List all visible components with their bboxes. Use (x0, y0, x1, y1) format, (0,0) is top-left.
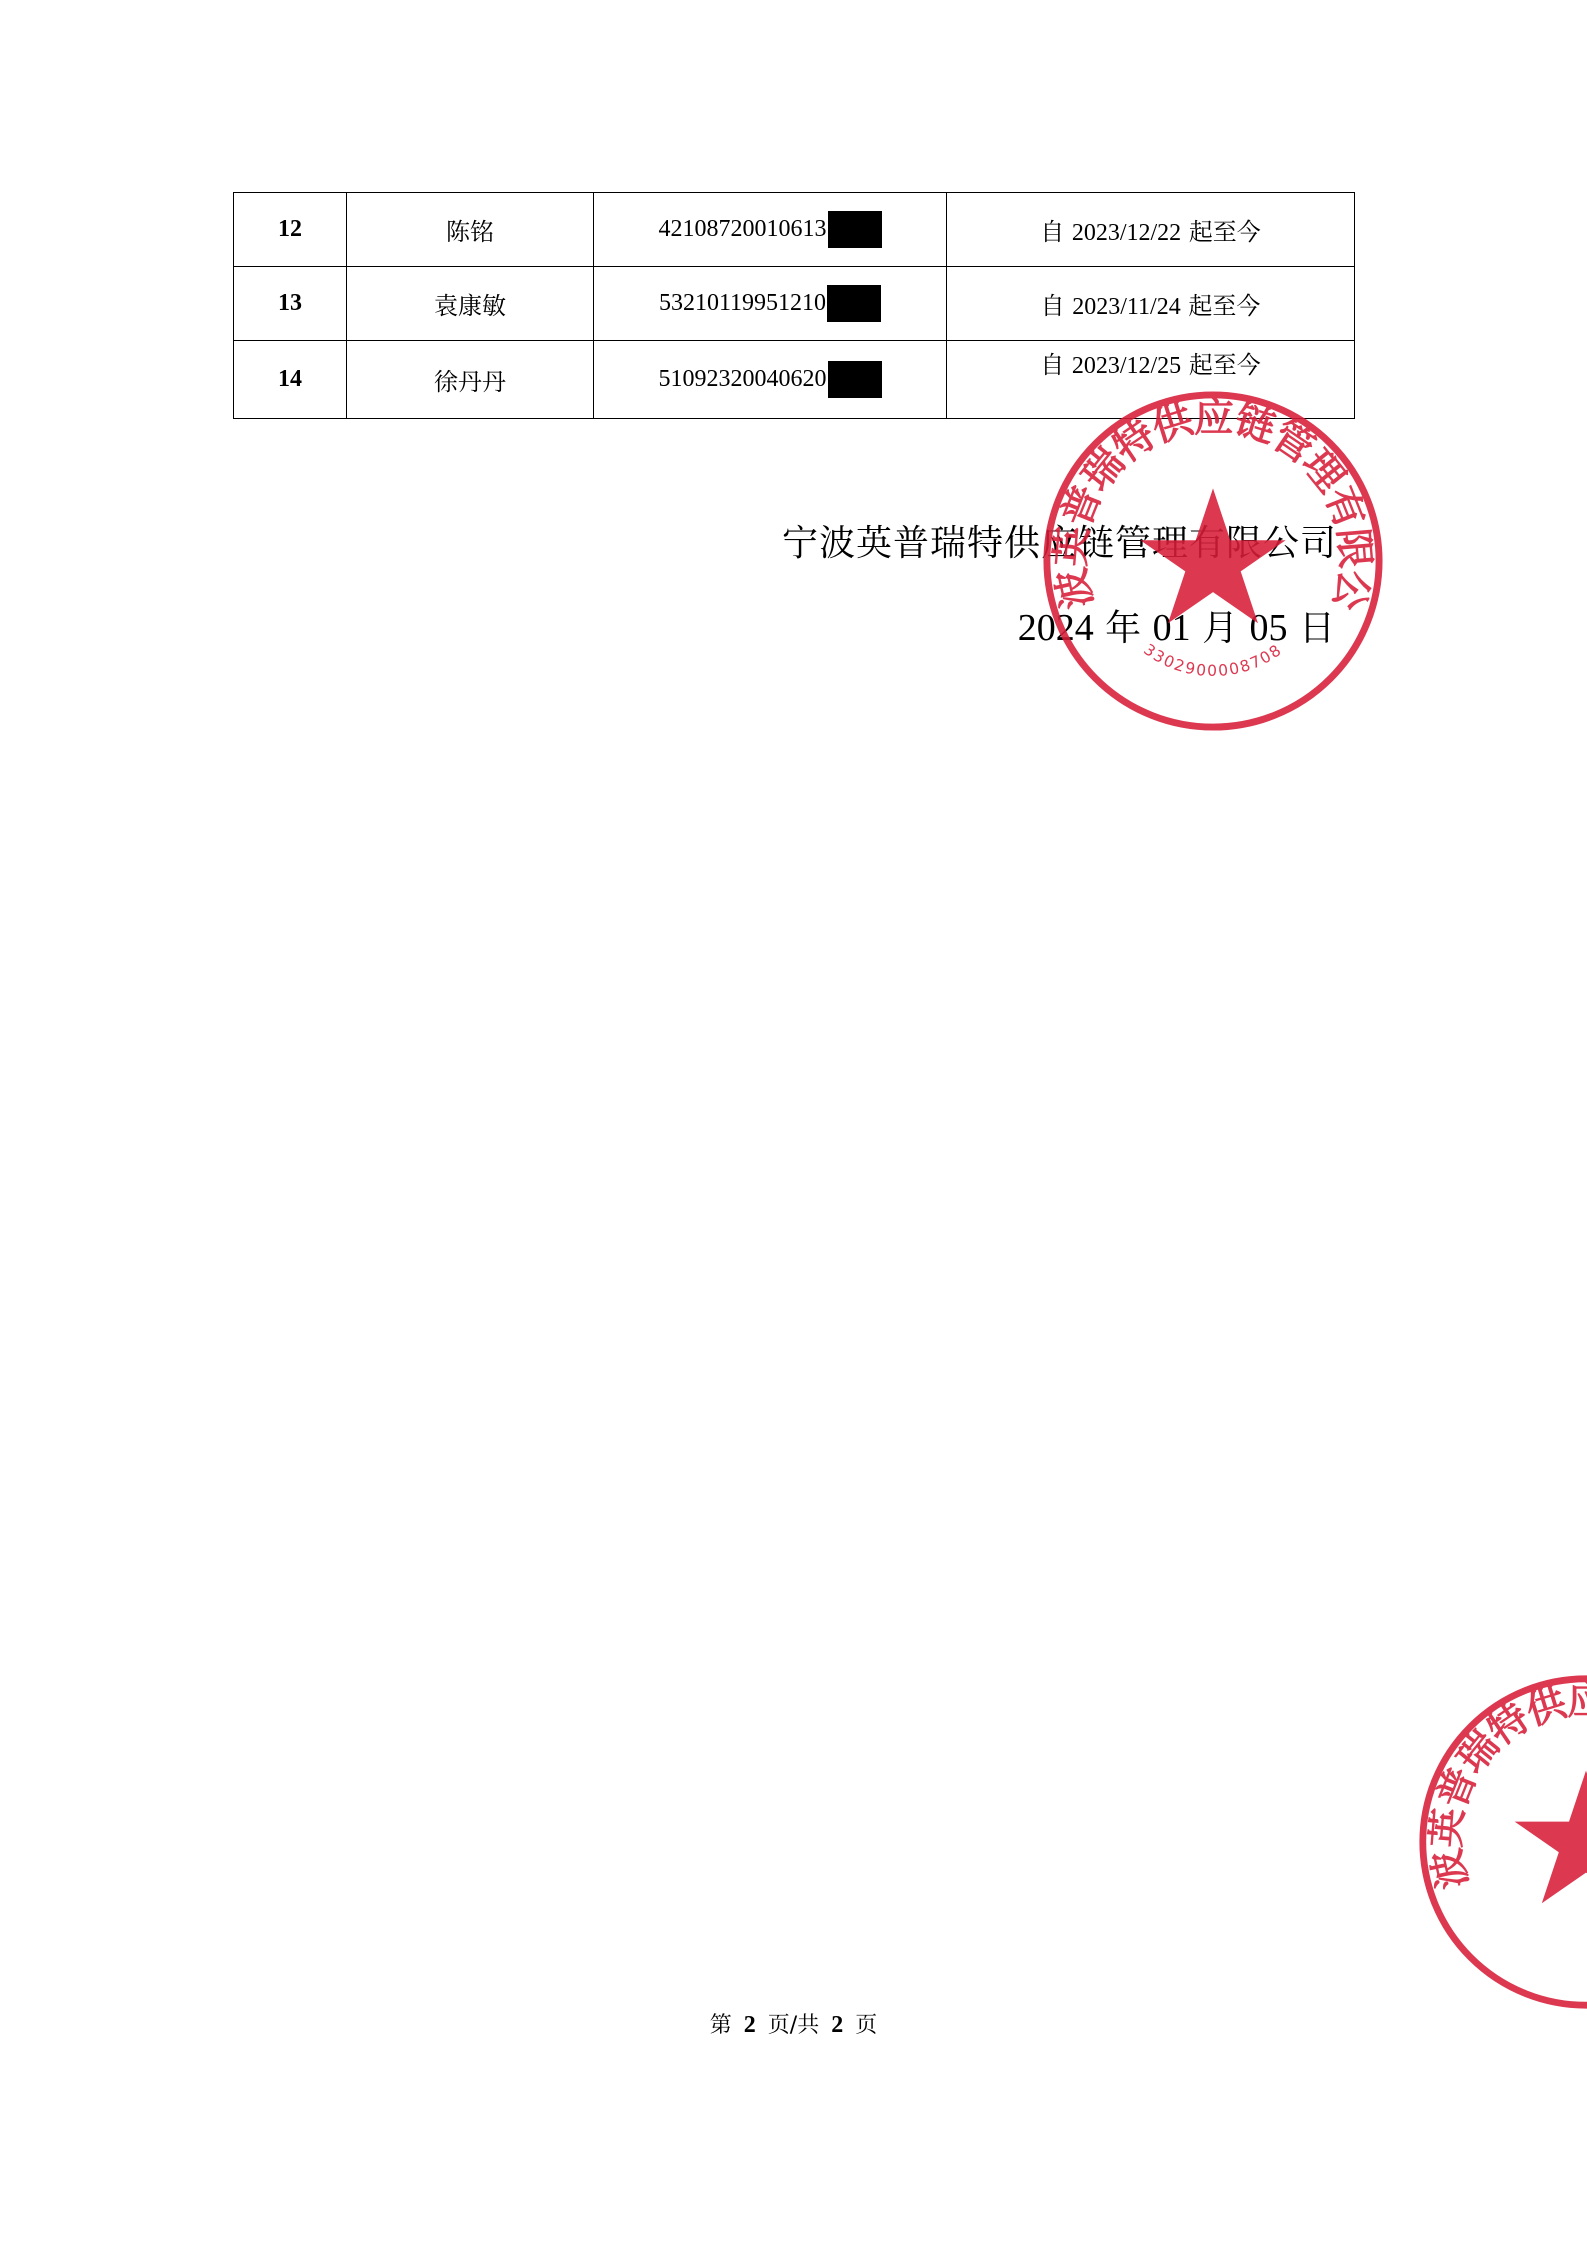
period-date: 2023/11/24 (1072, 294, 1180, 320)
id-number-cell: 53210119951210 (594, 267, 947, 341)
employment-period: 自 2023/11/24 起至今 (947, 267, 1355, 341)
redaction-box (828, 361, 882, 398)
row-number: 12 (234, 193, 347, 267)
page-footer: 第2页/共2页 (0, 2008, 1587, 2039)
footer-prefix: 第 (710, 2013, 732, 2038)
date-year: 2024 (1018, 607, 1094, 649)
signature-date: 2024 年 01 月 05 日 (1018, 600, 1335, 651)
edge-seal-clip: 宁波英普瑞特供应链管理有限公司 (1416, 1672, 1587, 2012)
period-prefix: 自 (1040, 218, 1064, 246)
date-year-unit: 年 (1105, 608, 1141, 649)
period-suffix: 起至今 (1188, 292, 1260, 320)
id-number: 51092320040620 (659, 366, 827, 393)
employee-table: 12 陈铭 42108720010613 自 2023/12/22 起至今 13… (233, 192, 1355, 419)
total-pages-number: 2 (831, 2012, 843, 2038)
period-prefix: 自 (1041, 292, 1065, 320)
employee-name: 徐丹丹 (347, 341, 594, 419)
id-number: 53210119951210 (659, 290, 826, 317)
company-signature: 宁波英普瑞特供应链管理有限公司 (782, 515, 1337, 566)
footer-middle: 页/共 (768, 2013, 819, 2038)
row-number: 13 (234, 267, 347, 341)
row-number: 14 (234, 341, 347, 419)
employment-period: 自 2023/12/22 起至今 (947, 193, 1355, 267)
date-day-unit: 日 (1299, 608, 1335, 649)
employee-name: 陈铭 (347, 193, 594, 267)
period-date: 2023/12/25 (1072, 353, 1181, 379)
current-page-number: 2 (744, 2012, 756, 2038)
period-suffix: 起至今 (1189, 351, 1261, 379)
table-row: 12 陈铭 42108720010613 自 2023/12/22 起至今 (234, 193, 1355, 267)
edge-seal-stamp: 宁波英普瑞特供应链管理有限公司 (1416, 1672, 1587, 2012)
period-suffix: 起至今 (1189, 218, 1261, 246)
redaction-box (828, 211, 882, 248)
employee-name: 袁康敏 (347, 267, 594, 341)
table-row: 14 徐丹丹 51092320040620 自 2023/12/25 起至今 (234, 341, 1355, 419)
svg-text:宁波英普瑞特供应链管理有限公司: 宁波英普瑞特供应链管理有限公司 (1040, 388, 1378, 615)
id-number: 42108720010613 (659, 216, 827, 243)
employment-period: 自 2023/12/25 起至今 (947, 341, 1355, 419)
date-month-unit: 月 (1202, 608, 1238, 649)
id-number-cell: 51092320040620 (594, 341, 947, 419)
svg-text:宁波英普瑞特供应链管理有限公司: 宁波英普瑞特供应链管理有限公司 (1416, 1672, 1587, 1894)
table-row: 13 袁康敏 53210119951210 自 2023/11/24 起至今 (234, 267, 1355, 341)
id-number-cell: 42108720010613 (594, 193, 947, 267)
redaction-box (827, 285, 881, 322)
footer-suffix: 页 (855, 2013, 877, 2038)
document-page: 12 陈铭 42108720010613 自 2023/12/22 起至今 13… (0, 0, 1587, 2245)
period-date: 2023/12/22 (1072, 220, 1181, 246)
date-month: 01 (1153, 607, 1191, 649)
date-day: 05 (1250, 607, 1288, 649)
period-prefix: 自 (1040, 351, 1064, 379)
